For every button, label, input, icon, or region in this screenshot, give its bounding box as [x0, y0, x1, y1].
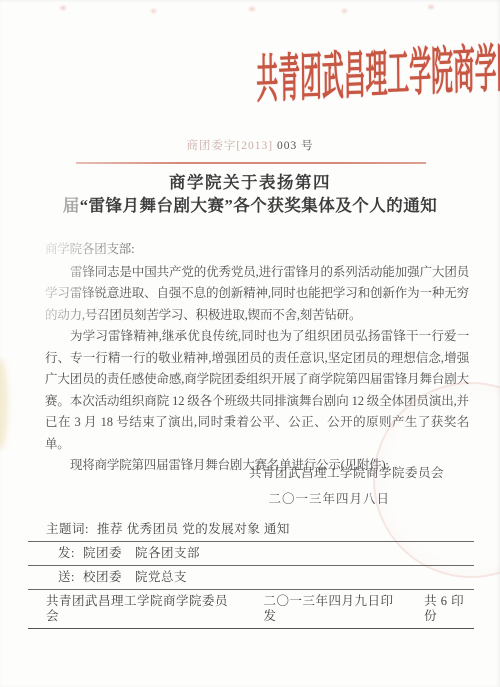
copies-count: 共 6 印份 — [424, 594, 474, 624]
document-number-value: 003 号 — [277, 140, 314, 152]
body-paragraph-1: 雷锋同志是中国共产党的优秀党员,进行雷锋月的系列活动能加强广大团员学习雷锋锐意进… — [45, 262, 469, 327]
copy-value: 校团委 院党总支 — [83, 570, 187, 584]
scan-speck — [428, 5, 434, 9]
document-number: 商团委字[2013] 003 号 — [0, 137, 500, 153]
footer-send-row: 发:院团委 院各团支部 — [28, 542, 474, 566]
subject-value: 推荐 优秀团员 党的发展对象 通知 — [97, 522, 290, 536]
send-value: 院团委 院各团支部 — [83, 546, 200, 560]
letterhead-text: 共青团武昌理工学院商学院委员会文件 — [256, 38, 500, 109]
footer-copy-row: 送:校团委 院党总支 — [28, 566, 474, 590]
red-letterhead-title: 共青团武昌理工学院商学院委员会文件 — [0, 46, 500, 100]
subject-label: 主题词: — [46, 522, 89, 536]
document-number-prefix: 商团委字[2013] — [186, 140, 273, 152]
salutation: 商学院各团支部: — [45, 239, 469, 261]
scan-speck — [249, 7, 255, 11]
print-date: 二〇一三年四月九日印发 — [264, 594, 399, 624]
scanned-document-page: 共青团武昌理工学院商学院委员会文件 商团委字[2013] 003 号 商学院关于… — [0, 0, 500, 687]
document-title: 商学院关于表扬第四 届“雷锋月舞台剧大赛”各个获奖集体及个人的通知 — [0, 171, 500, 217]
scan-speck — [60, 6, 66, 10]
copy-label: 送: — [58, 570, 75, 584]
scan-edge-smudge — [0, 358, 8, 450]
footer-subject-row: 主题词:推荐 优秀团员 党的发展对象 通知 — [28, 518, 474, 542]
document-title-line2: 届“雷锋月舞台剧大赛”各个获奖集体及个人的通知 — [0, 194, 500, 217]
red-divider-line — [76, 162, 426, 164]
footer-issuer-row: 共青团武昌理工学院商学院委员会 二〇一三年四月九日印发 共 6 印份 — [28, 590, 474, 629]
send-label: 发: — [58, 546, 75, 560]
issuer-name: 共青团武昌理工学院商学院委员会 — [46, 594, 230, 624]
document-footer: 主题词:推荐 优秀团员 党的发展对象 通知 发:院团委 院各团支部 送:校团委 … — [28, 518, 474, 629]
document-title-line1: 商学院关于表扬第四 — [0, 171, 500, 194]
scan-speck — [342, 9, 347, 13]
scan-speck — [151, 9, 156, 13]
